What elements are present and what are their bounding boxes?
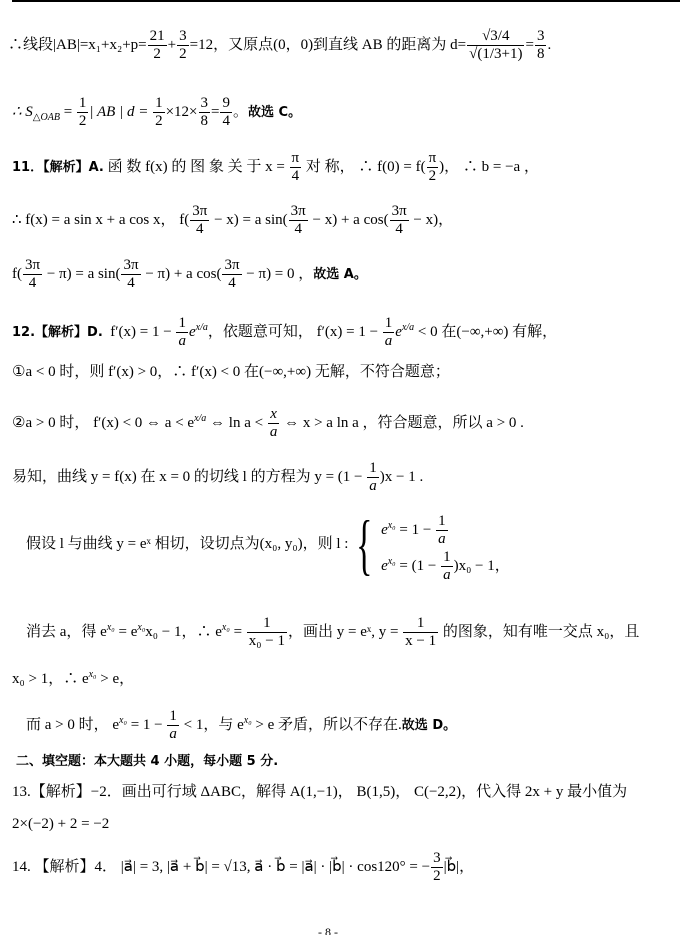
fraction: 3π4 (390, 203, 409, 238)
text: . (547, 37, 551, 53)
text: ∴线段|AB|=x₁+x₂+p= (8, 37, 147, 53)
text: |a⃗| = 3, |a⃗ + b⃗| = √13, a⃗ · b⃗ = |a⃗… (117, 859, 430, 875)
num: 1 (153, 95, 165, 113)
text: > e， (97, 671, 135, 687)
den: 4 (121, 275, 140, 292)
den: 4 (289, 221, 308, 238)
num: 1 (383, 315, 395, 333)
fraction: 38 (535, 28, 547, 63)
num: 1 (247, 615, 287, 633)
q12-case2: ②a > 0 时， f′(x) < 0 ⇔ a < ex/a ⇔ ln a < … (12, 406, 524, 441)
text: 的图象，知有唯一交点 x₀，且 (439, 624, 639, 640)
exponent: x₀ (119, 715, 127, 726)
line-ab-length: ∴线段|AB|=x₁+x₂+p=212+32=12，又原点(0，0)到直线 AB… (8, 28, 551, 63)
text: |b⃗|， (444, 859, 475, 875)
den: 4 (390, 221, 409, 238)
text: e (395, 324, 402, 340)
text: ，画出 y = eˣ, y = (288, 624, 402, 640)
den: 4 (220, 113, 232, 130)
den: 4 (23, 275, 42, 292)
text: )x − 1 . (380, 469, 423, 485)
text: f( (12, 266, 22, 282)
q12-eliminate: 消去 a，得 ex₀ = ex₀x₀ − 1，∴ ex₀ = 1x₀ − 1，画… (26, 615, 639, 650)
text: ①a < 0 时，则 f′(x) > 0，∴ f′(x) < 0 在(−∞,+∞… (12, 364, 450, 380)
den: 4 (190, 221, 209, 238)
fraction: 3π4 (121, 257, 140, 292)
text: = (60, 104, 76, 120)
fraction: π2 (427, 150, 439, 185)
section-title: 二、填空题：本大题共 4 小题，每小题 5 分. (16, 752, 278, 772)
exponent: x₀ (388, 556, 396, 567)
text: =12，又原点(0，0)到直线 AB 的距离为 d= (190, 37, 467, 53)
system-eq-2: ex₀ = (1 − 1a)x₀ − 1， (381, 544, 510, 580)
num: 1 (167, 708, 179, 726)
text: = (1 − (396, 558, 440, 574)
q12-case1: ①a < 0 时，则 f′(x) > 0，∴ f′(x) < 0 在(−∞,+∞… (12, 362, 450, 382)
text: 假设 l 与曲线 y = eˣ 相切，设切点为(x₀, y₀)，则 l : (26, 536, 348, 552)
text: < 1，与 e (180, 717, 244, 733)
page-top-rule (12, 0, 680, 2)
num: x (268, 406, 280, 424)
text: 函 数 f(x) 的 图 象 关 于 x = (104, 159, 289, 175)
q12-line1: 12.【解析】D. f′(x) = 1 − 1aex/a，依题意可知， f′(x… (12, 315, 557, 350)
num: 1 (441, 549, 453, 567)
den: 8 (535, 46, 547, 63)
fraction: 1a (167, 708, 179, 743)
q13-line1: 13.【解析】−2．画出可行域 ΔABC，解得 A(1,−1)， B(1,5)，… (12, 782, 627, 802)
text: + (168, 37, 176, 53)
fraction: 32 (177, 28, 189, 63)
text: > e 矛盾，所以不存在. (252, 717, 402, 733)
text: ②a > 0 时， f′(x) < 0 ⇔ a < e (12, 415, 194, 431)
text: 对 称， ∴ f(0) = f( (302, 159, 425, 175)
num: 9 (220, 95, 232, 113)
fraction: 1x − 1 (403, 615, 438, 650)
text: 易知，曲线 y = f(x) 在 x = 0 的切线 l 的方程为 y = (1… (12, 469, 366, 485)
q11-line1: 11．【解析】A. 函 数 f(x) 的 图 象 关 于 x = π4 对 称，… (12, 150, 539, 185)
system-eq-1: ex₀ = 1 − 1a (381, 508, 510, 544)
equation-system: ex₀ = 1 − 1a ex₀ = (1 − 1a)x₀ − 1， (381, 508, 510, 580)
fraction: 3π4 (23, 257, 42, 292)
text: e (189, 324, 196, 340)
exponent: x/a (402, 322, 414, 333)
question-label: 11．【解析】A. (12, 160, 104, 175)
fraction: √3/4√(1/3+1) (467, 28, 524, 63)
text: − π) = 0 ， (243, 266, 314, 282)
exponent: x/a (194, 413, 206, 424)
text: ∴ S (12, 104, 33, 120)
q11-line3: f(3π4 − π) = a sin(3π4 − π) + a cos(3π4 … (12, 257, 367, 292)
text: )x₀ − 1 (454, 558, 495, 574)
num: 3π (390, 203, 409, 221)
fraction: 1a (383, 315, 395, 350)
q12-final: 而 a > 0 时， ex₀ = 1 − 1a < 1，与 ex₀ > e 矛盾… (26, 708, 456, 743)
fraction: 1a (441, 549, 453, 584)
text: − x) + a cos( (309, 212, 389, 228)
den: a (167, 726, 179, 743)
question-label: 12.【解析】D. (12, 325, 103, 340)
text: 而 a > 0 时， e (26, 717, 119, 733)
q12-x0: x₀ > 1，∴ ex₀ > e， (12, 665, 134, 689)
num: 3 (199, 95, 211, 113)
den: x − 1 (403, 633, 438, 650)
den: 4 (222, 275, 241, 292)
text: ⇔ x > a ln a ，符合题意，所以 a > 0 . (280, 415, 524, 431)
exponent: x₀ (388, 520, 396, 531)
text: x₀ > 1，∴ e (12, 671, 89, 687)
num: 3π (289, 203, 308, 221)
den: 2 (427, 168, 439, 185)
num: 3 (431, 850, 443, 868)
fraction: 3π4 (190, 203, 209, 238)
num: 3π (23, 257, 42, 275)
text: f′(x) = 1 − (110, 324, 175, 340)
num: 1 (367, 460, 379, 478)
den: a (268, 424, 280, 441)
fraction: 1a (367, 460, 379, 495)
num: 3π (121, 257, 140, 275)
exponent: x₀ (107, 622, 115, 633)
num: 1 (436, 513, 448, 531)
text: ∴ f(x) = a sin x + a cos x， f( (12, 212, 189, 228)
fraction: 1a (176, 315, 188, 350)
num: 1 (403, 615, 438, 633)
text: | AB | d = (89, 104, 152, 120)
den: 2 (177, 46, 189, 63)
fraction: 3π4 (222, 257, 241, 292)
answer: 故选 D。 (402, 718, 456, 733)
text: = (525, 37, 533, 53)
fraction: 212 (148, 28, 167, 63)
den: √(1/3+1) (467, 46, 524, 63)
fraction: 12 (77, 95, 89, 130)
exponent: x₀ (89, 669, 97, 680)
question-label: 14. 【解析】4． (12, 859, 117, 875)
text: e (381, 522, 388, 538)
text: ⇔ ln a < (206, 415, 267, 431)
exponent: x₀ (244, 715, 252, 726)
den: 2 (431, 868, 443, 885)
num: π (290, 150, 302, 168)
num: 21 (148, 28, 167, 46)
text: = (230, 624, 246, 640)
q13-line2: 2×(−2) + 2 = −2 (12, 814, 109, 834)
text: = (211, 104, 219, 120)
text: e (381, 558, 388, 574)
num: 3π (222, 257, 241, 275)
text: = 1 − (396, 522, 435, 538)
den: 8 (199, 113, 211, 130)
text: x₀ − 1，∴ e (145, 624, 222, 640)
text: )， ∴ b = −a ， (439, 159, 539, 175)
num: 1 (77, 95, 89, 113)
num: 3π (190, 203, 209, 221)
fraction: 1a (436, 513, 448, 548)
den: a (176, 333, 188, 350)
left-brace: { (357, 510, 373, 578)
den: a (441, 567, 453, 584)
q12-tangent: 易知，曲线 y = f(x) 在 x = 0 的切线 l 的方程为 y = (1… (12, 460, 423, 495)
text: ×12× (166, 104, 198, 120)
fraction: xa (268, 406, 280, 441)
text: ，依题意可知， f′(x) = 1 − (208, 324, 382, 340)
den: a (383, 333, 395, 350)
answer: 故选 C。 (248, 105, 301, 120)
den: 2 (77, 113, 89, 130)
den: x₀ − 1 (247, 633, 287, 650)
text: − π) = a sin( (43, 266, 120, 282)
text: − x) = a sin( (210, 212, 287, 228)
fraction: π4 (290, 150, 302, 185)
den: 2 (148, 46, 167, 63)
subscript: △OAB (33, 112, 60, 123)
q14-line1: 14. 【解析】4． |a⃗| = 3, |a⃗ + b⃗| = √13, a⃗… (12, 850, 474, 885)
exponent: x₀ (222, 622, 230, 633)
text: 。 (233, 104, 248, 120)
num: π (427, 150, 439, 168)
q11-line2: ∴ f(x) = a sin x + a cos x， f(3π4 − x) =… (12, 203, 453, 238)
fraction: 12 (153, 95, 165, 130)
text: 消去 a，得 e (26, 624, 107, 640)
text: ， (495, 558, 510, 574)
page-number: - 8 - (318, 925, 338, 935)
line-area: ∴ S△OAB = 12| AB | d = 12×12×38=94。故选 C。 (12, 95, 301, 130)
fraction: 3π4 (289, 203, 308, 238)
num: 1 (176, 315, 188, 333)
num: 3 (535, 28, 547, 46)
text: < 0 在(−∞,+∞) 有解， (414, 324, 557, 340)
text: − x)， (410, 212, 453, 228)
text: = e (115, 624, 138, 640)
den: a (367, 478, 379, 495)
text: − π) + a cos( (142, 266, 222, 282)
num: √3/4 (467, 28, 524, 46)
den: 2 (153, 113, 165, 130)
fraction: 1x₀ − 1 (247, 615, 287, 650)
text: = 1 − (127, 717, 166, 733)
fraction: 32 (431, 850, 443, 885)
den: 4 (290, 168, 302, 185)
num: 3 (177, 28, 189, 46)
answer: 故选 A。 (313, 267, 367, 282)
q12-assume: 假设 l 与曲线 y = eˣ 相切，设切点为(x₀, y₀)，则 l :{ e… (26, 508, 510, 580)
fraction: 38 (199, 95, 211, 130)
exponent: x/a (196, 322, 208, 333)
fraction: 94 (220, 95, 232, 130)
